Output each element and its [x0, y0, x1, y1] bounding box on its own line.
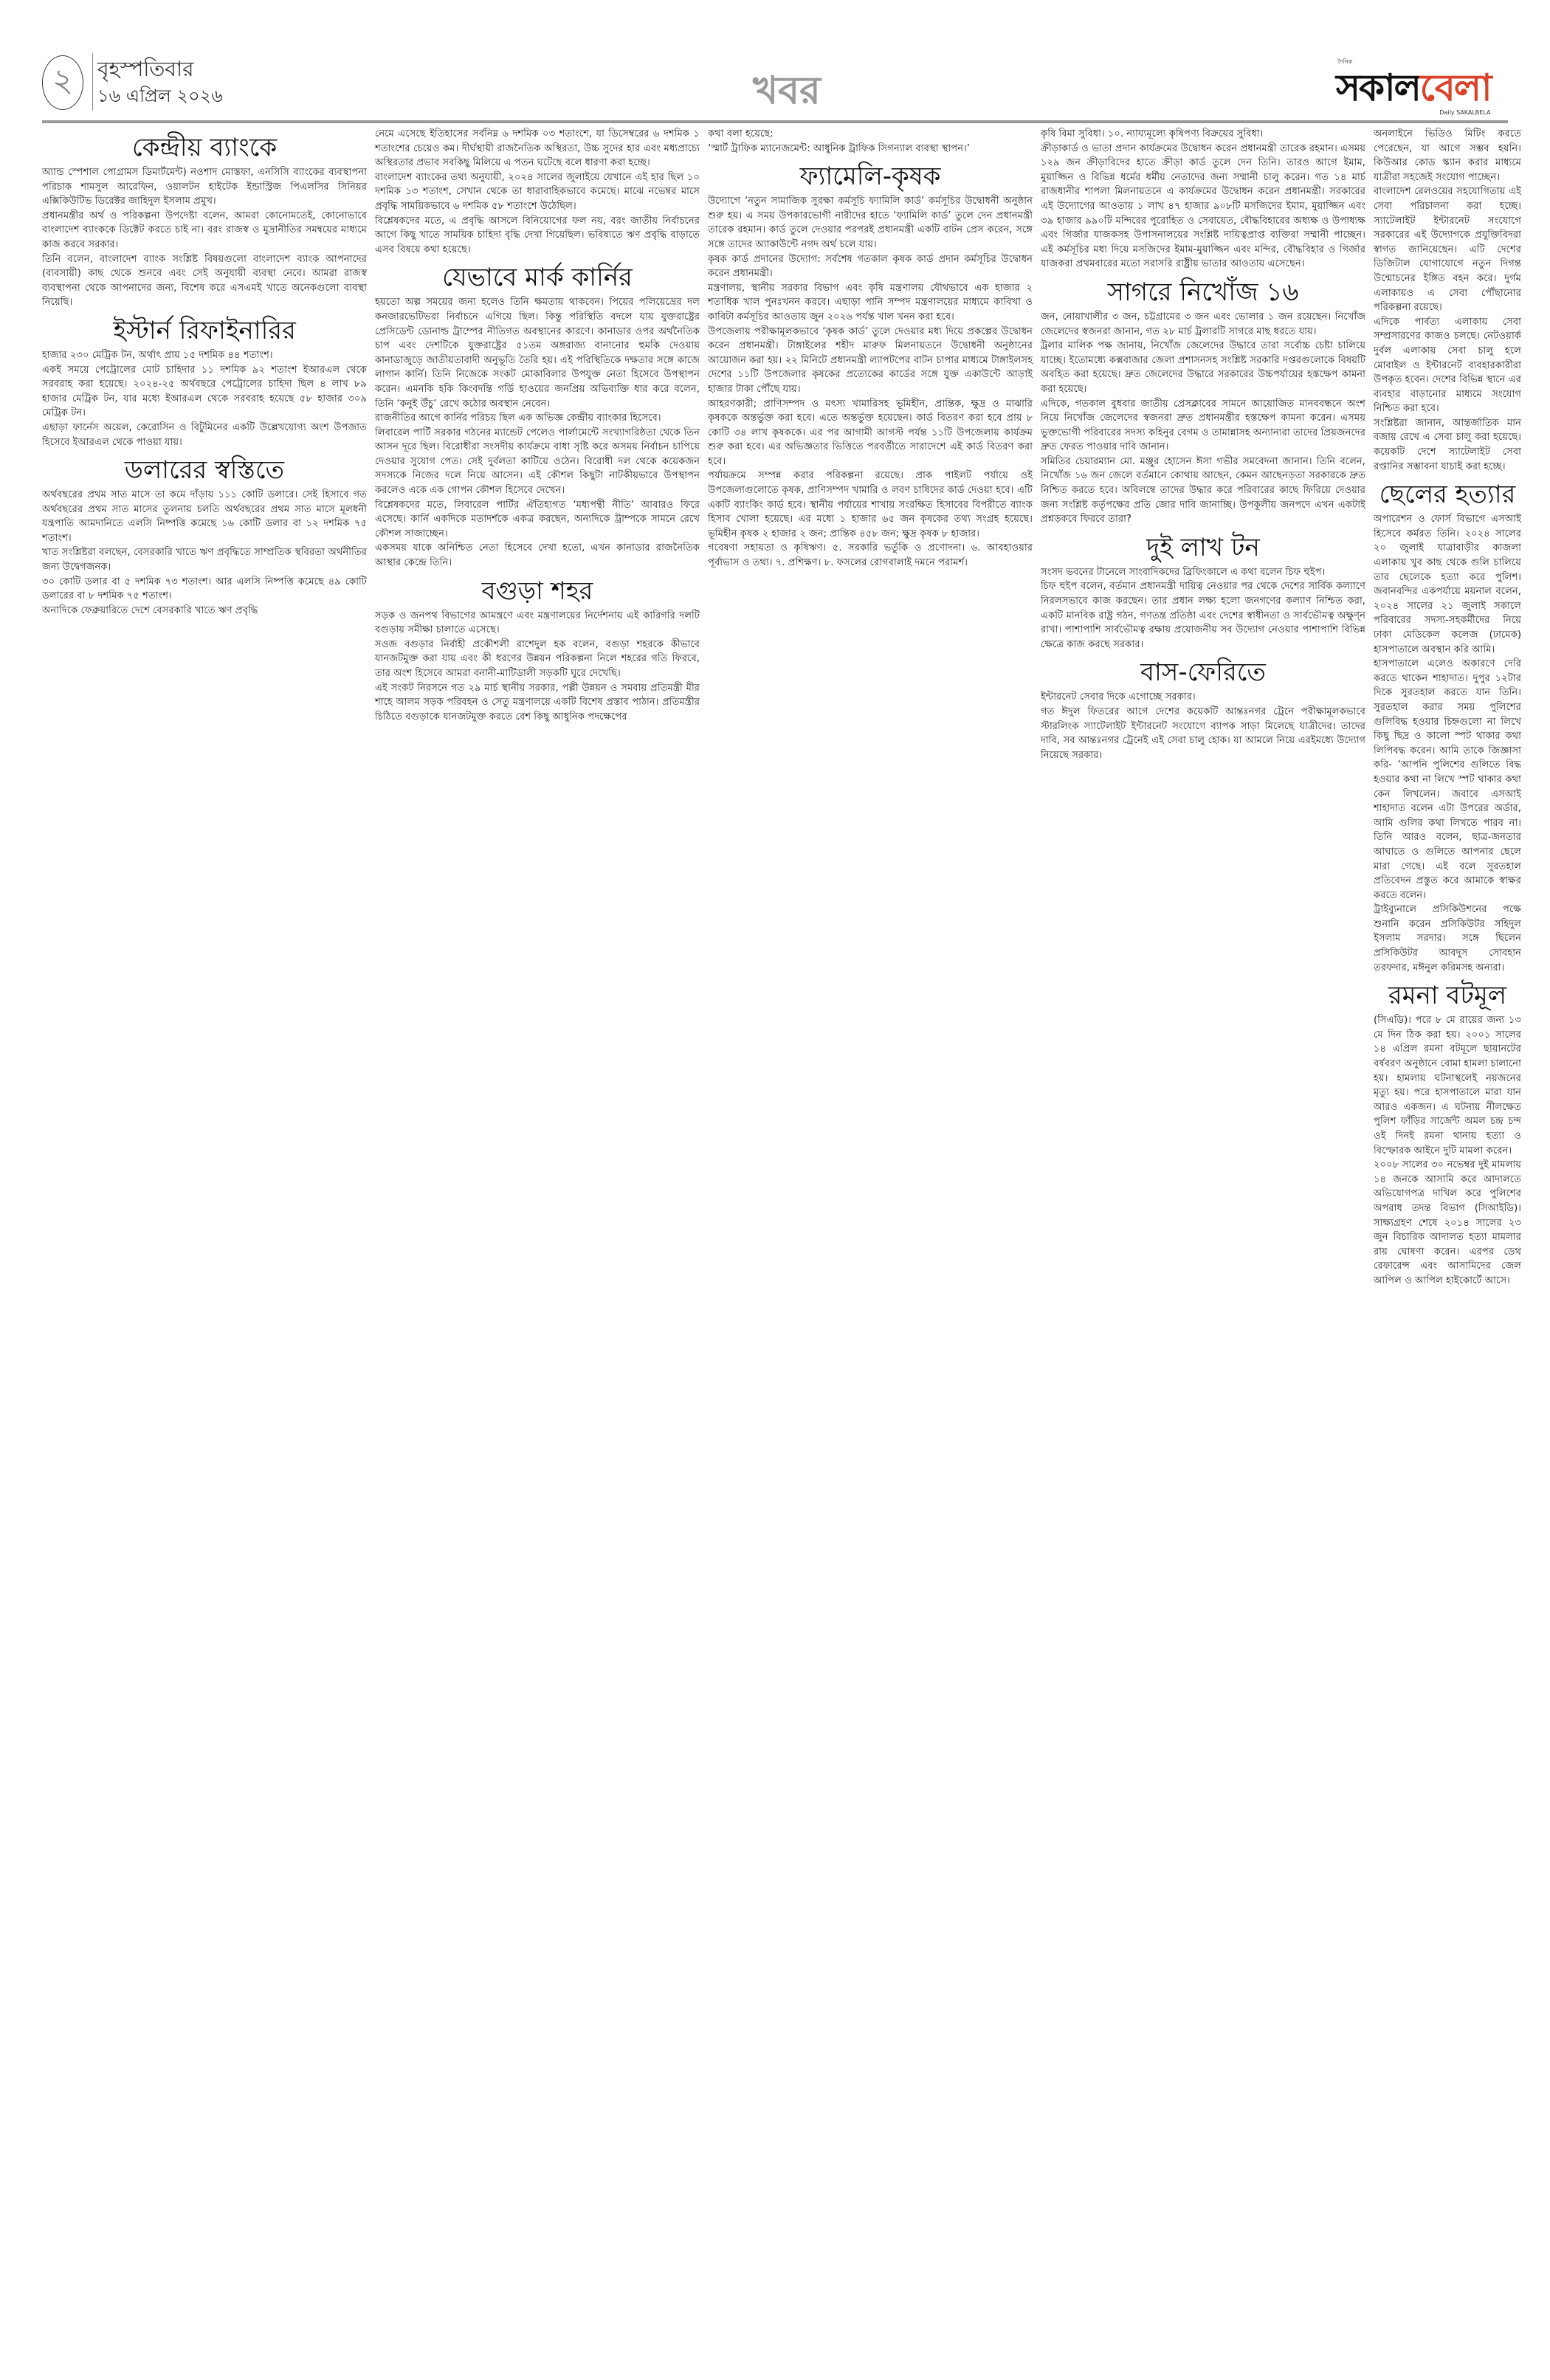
- article-paragraph: ট্রাইব্যুনালে প্রসিকিউশনের পক্ষে শুনানি …: [1374, 903, 1521, 975]
- article-paragraph: হাসপাতালে এলেও অকারণে দেরি করতে থাকেন শা…: [1374, 657, 1521, 903]
- article-headline: ডলারের স্বস্তিতে: [42, 454, 367, 486]
- article-paragraph: এদিকে পার্বত্য এলাকায় সেবা সম্প্রসারণের…: [1374, 315, 1521, 416]
- article-paragraph: কৃষি বিমা সুবিধা। ১০. ন্যায্যমূল্যে কৃষি…: [1041, 127, 1365, 142]
- article-paragraph: ৩০ কোটি ডলার বা ৫ দশমিক ৭৩ শতাংশ। আর এলস…: [42, 575, 367, 604]
- article-headline: দুই লাখ টন: [1041, 531, 1365, 564]
- article-paragraph: সওজ বগুড়ার নির্বাহী প্রকৌশলী রাশেদুল হক…: [375, 638, 700, 681]
- article-headline: বগুড়া শহর: [375, 575, 700, 607]
- article-paragraph: ‘স্মার্ট ট্রাফিক ম্যানেজমেন্ট: আধুনিক ট্…: [708, 142, 1033, 156]
- article-headline: ছেলের হত্যার: [1374, 478, 1521, 511]
- logo-subtitle: Daily SAKALBELA: [1439, 109, 1490, 116]
- article-paragraph: (সিএডি)। পরে ৮ মে রায়ের জন্য ১৩ মে দিন …: [1374, 1013, 1521, 1158]
- article-paragraph: পর্যায়ক্রমে সম্পন্ন করার পরিকল্পনা রয়ে…: [708, 469, 1033, 541]
- page-header: ২ বৃহস্পতিবার ১৬ এপ্রিল ২০২৬ খবর দৈনিক স…: [0, 0, 1550, 125]
- column-3: কথা বলা হয়েছে:‘স্মার্ট ট্রাফিক ম্যানেজম…: [708, 127, 1033, 570]
- article-headline: ইস্টার্ন রিফাইনারির: [42, 314, 367, 347]
- article-headline: রমনা বটমূল: [1374, 979, 1521, 1012]
- column-5: অনলাইনে ভিডিও মিটিং করতে পেরেছেন, যা আগে…: [1374, 127, 1521, 1289]
- article-paragraph: একই সময়ে পেট্রোলের মোট চাহিদার ১১ দশমিক…: [42, 363, 367, 421]
- section-title: খবর: [753, 61, 821, 125]
- article-headline: বাস-ফেরিতে: [1041, 656, 1365, 689]
- article-paragraph: বিশ্লেষকদের মতে, এ প্রবৃদ্ধি আসলে বিনিয়…: [375, 214, 700, 258]
- article-paragraph: সমিতির চেয়ারম্যান মো. মঞ্জুর হোসেন ঈসা …: [1041, 455, 1365, 527]
- article-paragraph: লিবারেল পার্টি সরকার গঠনের ম্যান্ডেট পেল…: [375, 426, 700, 498]
- article-paragraph: ক্রীড়াকার্ড ও ভাতা প্রদান কার্যক্রমের উ…: [1041, 142, 1365, 272]
- article-paragraph: জন, নোয়াখালীর ৩ জন, চট্টগ্রামের ৩ জন এব…: [1041, 310, 1365, 339]
- article-paragraph: রাজনীতির আগে কার্নির পরিচয় ছিল এক অভিজ্…: [375, 411, 700, 426]
- article-paragraph: কৃষক কার্ড প্রদানের উদ্যোগ: সর্বশেষ গতকা…: [708, 252, 1033, 281]
- article-paragraph: সড়ক ও জনপথ বিভাগের আমন্ত্রণে এবং মন্ত্র…: [375, 609, 700, 638]
- article-paragraph: আহরণকারী; প্রাণিসম্পদ ও মৎস্য খামারিসহ ভ…: [708, 397, 1033, 469]
- article-headline: কেন্দ্রীয় ব্যাংকে: [42, 131, 367, 164]
- newspaper-logo: দৈনিক সকালবেলা Daily SAKALBELA: [1336, 61, 1490, 120]
- header-rule: [42, 120, 1508, 123]
- article-paragraph: চিফ হুইপ বলেন, বর্তমান প্রধানমন্ত্রী দায…: [1041, 579, 1365, 652]
- article-paragraph: হাজার ২৩০ মেট্রিক টন, অর্থাৎ প্রায় ১৫ দ…: [42, 348, 367, 363]
- article-paragraph: তিনি বলেন, বাংলাদেশ ব্যাংক সংশ্লিষ্ট বিষ…: [42, 252, 367, 310]
- article-paragraph: অর্থবছরের প্রথম সাত মাসে তা কমে দাঁড়ায়…: [42, 488, 367, 545]
- article-paragraph: বিশ্লেষকদের মতে, লিবারেল পার্টির ঐতিহ্যগ…: [375, 498, 700, 542]
- article-paragraph: সংসদ ভবনের টানেলে সাংবাদিকদের ব্রিফিংকাল…: [1041, 565, 1365, 580]
- column-4: কৃষি বিমা সুবিধা। ১০. ন্যায্যমূল্যে কৃষি…: [1041, 127, 1365, 762]
- article-paragraph: হয়তো অল্প সময়ের জন্য হলেও তিনি ক্ষমতায…: [375, 295, 700, 411]
- article-paragraph: গবেষণা সহায়তা ও কৃষিঋণ। ৫. সরকারি ভর্তু…: [708, 541, 1033, 570]
- article-paragraph: গত ঈদুল ফিতরের আগে দেশের কয়েকটি আন্তঃনগ…: [1041, 705, 1365, 762]
- page-number: ২: [42, 55, 83, 110]
- header-divider: [92, 53, 93, 111]
- article-paragraph: উপজেলায় পরীক্ষামূলকভাবে ‘কৃষক কার্ড’ তু…: [708, 325, 1033, 397]
- article-paragraph: সংশ্লিষ্টরা জানান, আন্তর্জাতিক মান বজায়…: [1374, 416, 1521, 474]
- article-paragraph: ইন্টারনেট সেবার দিকে এগোচ্ছে সরকার।: [1041, 690, 1365, 705]
- article-paragraph: নেমে এসেছে ইতিহাসের সর্বনিম্ন ৬ দশমিক ০৩…: [375, 127, 700, 170]
- article-paragraph: ট্রলার মালিক পক্ষ জানায়, নিখোঁজ জেলেদের…: [1041, 339, 1365, 396]
- article-paragraph: একসময় যাকে অনিশ্চিত নেতা হিসেবে দেখা হত…: [375, 541, 700, 570]
- article-paragraph: ২০০৮ সালের ৩০ নভেম্বর দুই মামলায় ১৪ জনক…: [1374, 1158, 1521, 1288]
- article-paragraph: উদ্যোগে ‘নতুন সামাজিক সুরক্ষা কর্মসূচি ফ…: [708, 194, 1033, 252]
- article-paragraph: এছাড়া ফার্নেস অয়েল, কেরোসিন ও বিটুমিনে…: [42, 421, 367, 449]
- column-2: নেমে এসেছে ইতিহাসের সর্বনিম্ন ৬ দশমিক ০৩…: [375, 127, 700, 724]
- article-headline: সাগরে নিখোঁজ ১৬: [1041, 276, 1365, 308]
- article-paragraph: এই সংকট নিরসনে গত ২৯ মার্চ স্থানীয় সরকা…: [375, 681, 700, 725]
- article-paragraph: বাংলাদেশ ব্যাংকের তথ্য অনুযায়ী, ২০২৪ সা…: [375, 170, 700, 214]
- article-paragraph: মন্ত্রণালয়, স্থানীয় সরকার বিভাগ এবং কৃ…: [708, 281, 1033, 325]
- article-paragraph: কথা বলা হয়েছে:: [708, 127, 1033, 142]
- article-paragraph: অ্যান্ড স্পেশাল পোগ্রামস ডিমার্টমেন্ট) ন…: [42, 165, 367, 209]
- logo-wordmark: সকালবেলা: [1336, 66, 1490, 109]
- logo-prefix: দৈনিক: [1337, 58, 1352, 67]
- article-paragraph: অনলাইনে ভিডিও মিটিং করতে পেরেছেন, যা আগে…: [1374, 127, 1521, 184]
- article-headline: ফ্যামেলি-কৃষক: [708, 160, 1033, 193]
- column-1: কেন্দ্রীয় ব্যাংকেঅ্যান্ড স্পেশাল পোগ্রা…: [42, 127, 367, 618]
- article-headline: যেভাবে মার্ক কার্নির: [375, 261, 700, 294]
- article-paragraph: বাংলাদেশ রেলওয়ের সহযোগিতায় এই সেবা পরি…: [1374, 184, 1521, 314]
- issue-date: ১৬ এপ্রিল ২০২৬: [97, 83, 223, 112]
- logo-accent: বেলা: [1420, 66, 1491, 109]
- article-paragraph: অপারেশন ও ফোর্স বিভাগে এসআই হিসেবে কর্মর…: [1374, 512, 1521, 657]
- article-paragraph: প্রধানমন্ত্রীর অর্থ ও পরিকল্পনা উপদেষ্টা…: [42, 209, 367, 252]
- article-paragraph: এদিকে, গতকাল বুধবার জাতীয় প্রেসক্লাবের …: [1041, 397, 1365, 455]
- article-paragraph: খাত সংশ্লিষ্টরা বলছেন, বেসরকারি খাতে ঋণ …: [42, 545, 367, 574]
- logo-main: সকাল: [1336, 66, 1420, 109]
- article-paragraph: অনাদিকে ফেব্রুয়ারিতে দেশে বেসরকারি খাতে…: [42, 604, 367, 618]
